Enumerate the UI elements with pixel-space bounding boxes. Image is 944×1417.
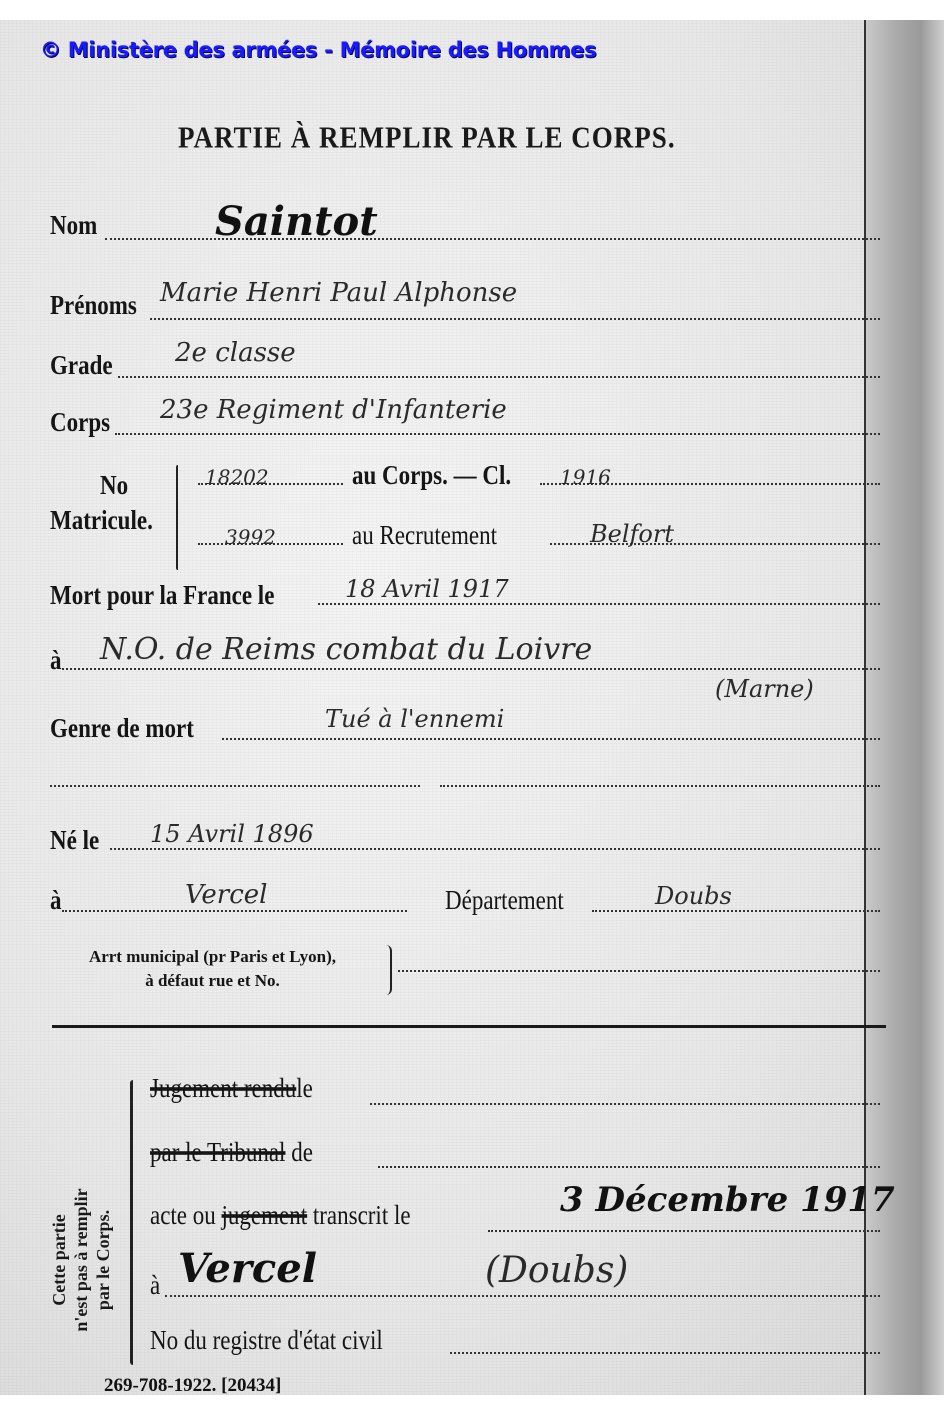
matricule-brace (176, 465, 178, 570)
genre-de-mort-label: Genre de mort (50, 713, 194, 744)
departement-label: Département (445, 885, 564, 916)
print-reference: 269-708-1922. [20434] (104, 1375, 281, 1395)
jugement-line (370, 1103, 880, 1105)
acte-label: acte ou jugement transcrit le (150, 1200, 411, 1231)
blank-line-1 (50, 785, 420, 787)
matricule-corps-number: 18202 (205, 465, 269, 489)
document-page: © Ministère des armées - Mémoire des Hom… (0, 20, 944, 1395)
tribunal-line (378, 1166, 880, 1168)
mort-a-line (62, 668, 880, 670)
ne-le-label: Né le (50, 825, 99, 856)
corps-line (115, 433, 880, 435)
side-note-line-2: n'est pas à remplir (70, 1140, 92, 1380)
arr-municipal-line (398, 970, 880, 972)
prenoms-value: Marie Henri Paul Alphonse (160, 278, 517, 308)
ne-le-line (110, 848, 880, 850)
tribunal-de: de (291, 1137, 313, 1167)
jugement-label: Jugement rendule (150, 1073, 313, 1104)
blank-line-2 (440, 785, 880, 787)
acte-line (488, 1230, 880, 1232)
copyright-watermark: © Ministère des armées - Mémoire des Hom… (40, 38, 596, 62)
grade-value: 2e classe (175, 338, 296, 368)
side-note: Cette partie n'est pas à remplir par le … (48, 1140, 114, 1380)
grade-label: Grade (50, 350, 113, 381)
mort-le-value: 18 Avril 1917 (345, 575, 509, 603)
nom-label: Nom (50, 210, 97, 241)
matricule-label: Matricule. (50, 505, 153, 536)
ne-a-line (62, 910, 407, 912)
mort-le-label: Mort pour la France le (50, 580, 274, 611)
corps-value: 23e Regiment d'Infanterie (160, 395, 507, 425)
prenoms-line (150, 318, 880, 320)
registre-label: No du registre d'état civil (150, 1325, 383, 1356)
acte-a-value: Vercel (178, 1245, 317, 1292)
au-recrutement-label: au Recrutement (352, 520, 497, 551)
registre-line (450, 1352, 880, 1354)
classe-value: 1916 (560, 465, 611, 489)
tribunal-label: par le Tribunal de (150, 1137, 313, 1168)
tribunal-struck: par le Tribunal (150, 1137, 285, 1167)
nom-value: Saintot (215, 198, 378, 245)
ne-a-label: à (50, 885, 62, 916)
arr-municipal-brace (386, 945, 392, 995)
jugement-le: le (296, 1073, 313, 1103)
prenoms-label: Prénoms (50, 290, 137, 321)
arr-municipal-line2: à défaut rue et No. (50, 969, 375, 993)
mort-a-value: N.O. de Reims combat du Loivre (100, 632, 592, 667)
grade-line (118, 376, 880, 378)
matricule-no-label: No (100, 470, 128, 501)
genre-de-mort-line (222, 738, 880, 740)
acte-suffix: transcrit le (313, 1200, 411, 1230)
jugement-struck: Jugement rendu (150, 1073, 296, 1103)
form-heading: PARTIE À REMPLIR PAR LE CORPS. (178, 120, 676, 156)
au-corps-label: au Corps. — Cl. (352, 460, 511, 491)
side-note-line-1: Cette partie (48, 1140, 70, 1380)
arr-municipal-label: Arrt municipal (pr Paris et Lyon), à déf… (50, 945, 375, 993)
section-separator (52, 1025, 886, 1028)
acte-a-label: à (150, 1270, 160, 1301)
lower-section-brace (130, 1080, 133, 1365)
genre-de-mort-value: Tué à l'ennemi (325, 705, 504, 733)
acte-date-value: 3 Décembre 1917 (560, 1180, 895, 1220)
side-note-line-3: par le Corps. (92, 1140, 114, 1380)
departement-value: Doubs (655, 882, 732, 910)
mort-a-label: à (50, 645, 62, 676)
arr-municipal-line1: Arrt municipal (pr Paris et Lyon), (50, 945, 375, 969)
recrutement-place-value: Belfort (590, 520, 674, 548)
mort-a-region: (Marne) (715, 675, 814, 703)
acte-prefix: acte ou (150, 1200, 216, 1230)
acte-struck: jugement (222, 1200, 308, 1230)
ne-a-value: Vercel (185, 880, 267, 910)
matricule-recrutement-number: 3992 (225, 525, 276, 549)
ne-le-value: 15 Avril 1896 (150, 820, 314, 848)
acte-a-region: (Doubs) (485, 1250, 628, 1291)
acte-a-line (165, 1295, 880, 1297)
mort-le-line (318, 603, 880, 605)
departement-line (592, 910, 880, 912)
corps-label: Corps (50, 407, 110, 438)
